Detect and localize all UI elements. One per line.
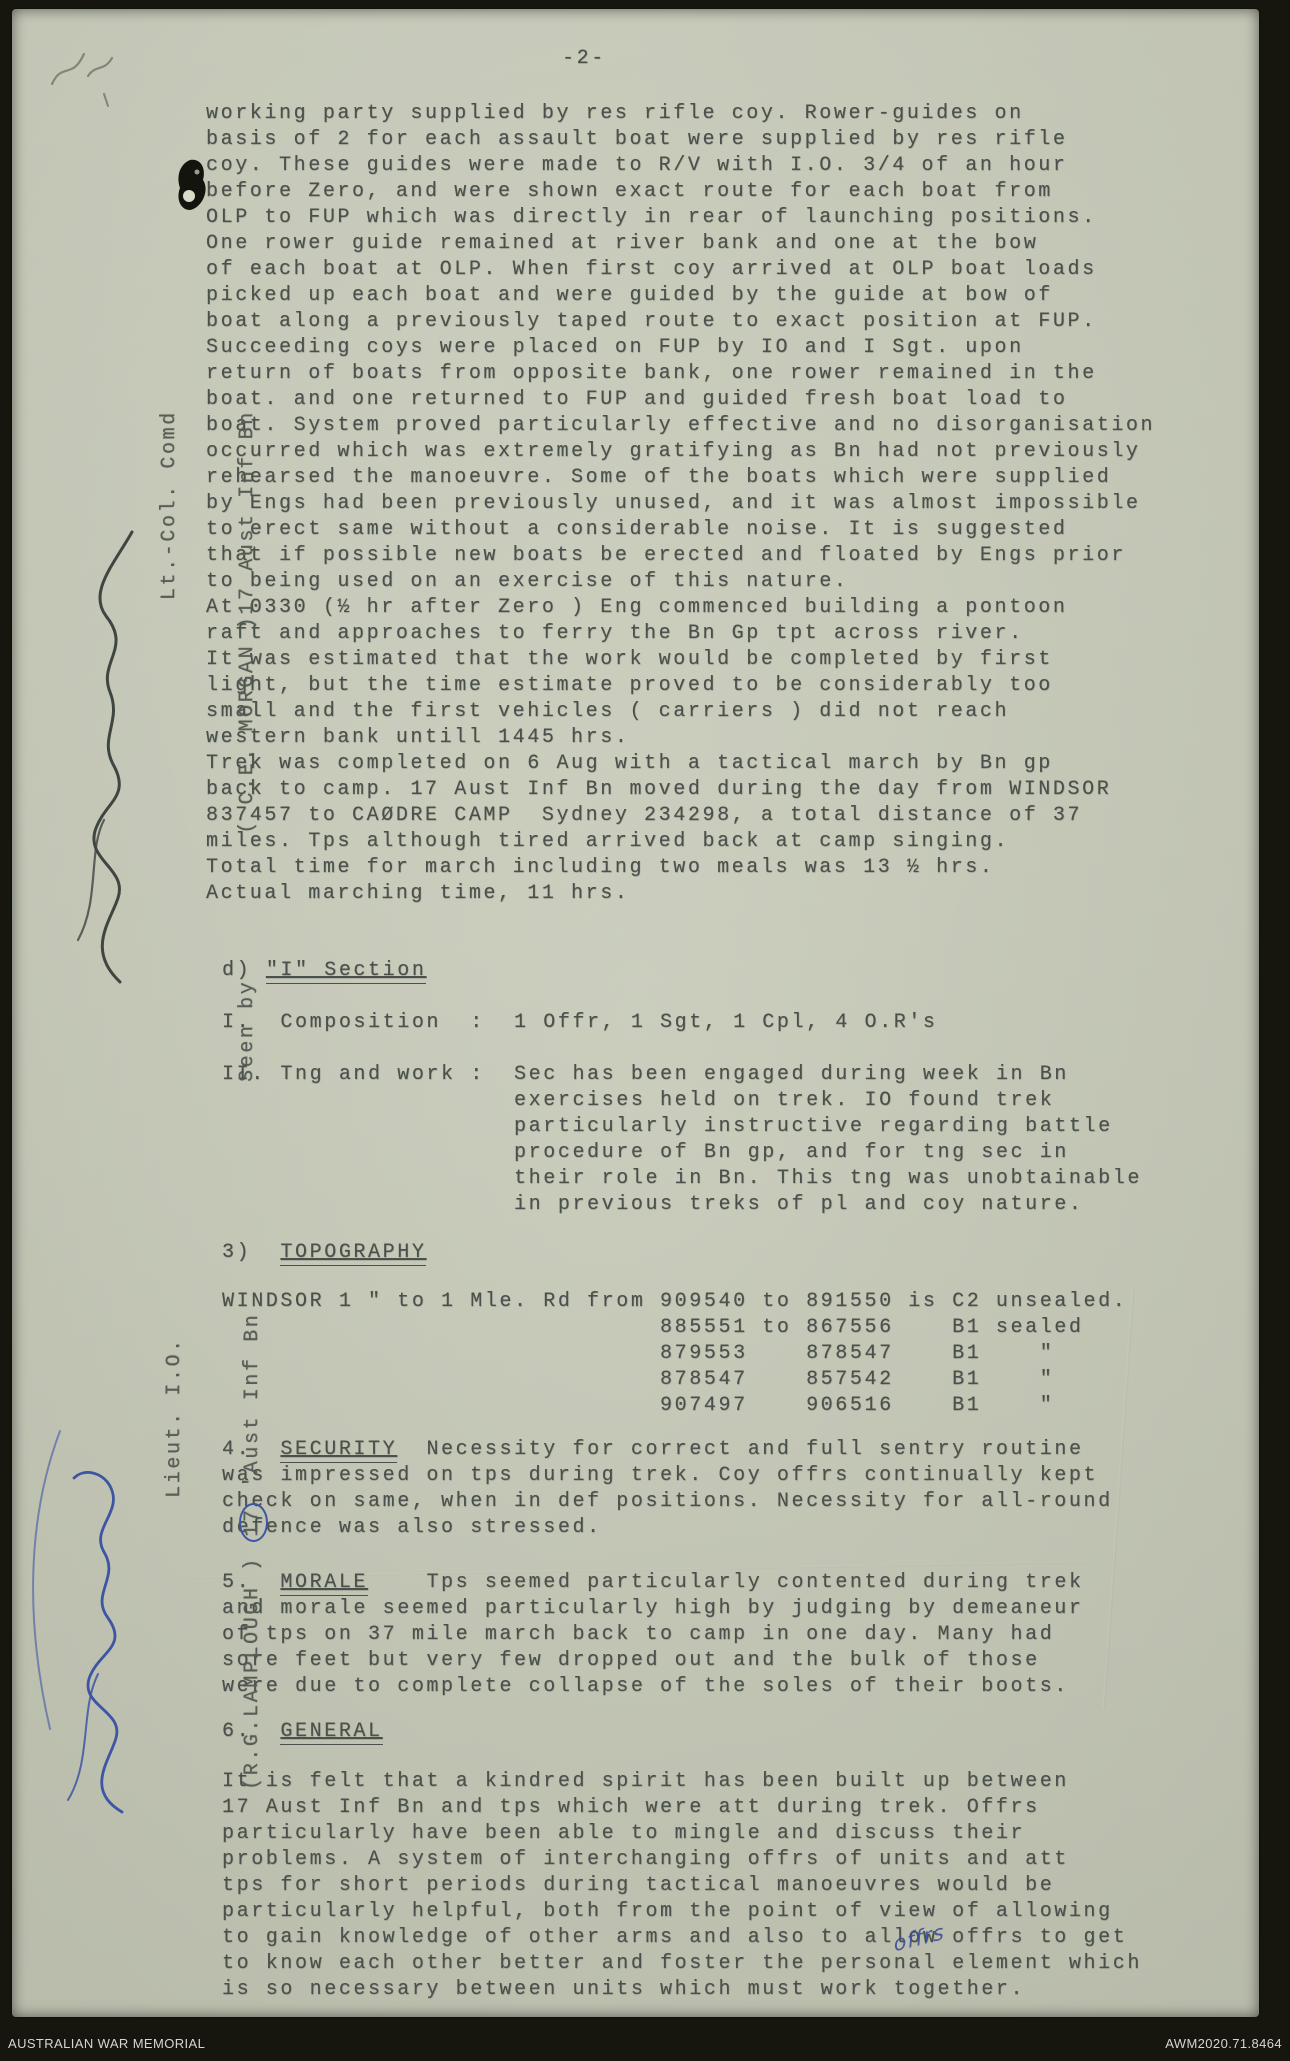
heading-title: "I" Section [266,959,427,984]
pencil-scribble [48,42,123,112]
margin-line-rank: Lieut. I.O. [162,1230,188,1790]
heading-title: GENERAL [280,1720,382,1745]
topography-table: WINDSOR 1 " to 1 Mle. Rd from 909540 to … [222,1289,1127,1419]
archive-source-label: AUSTRALIAN WAR MEMORIAL [8,2036,205,2051]
heading-title: MORALE [280,1571,368,1596]
page-number: -2- [562,46,606,72]
composition-line: I. Composition : 1 Offr, 1 Sgt, 1 Cpl, 4… [222,1010,938,1036]
ink-blot [176,158,210,216]
general-paragraph: It is felt that a kindred spirit has bee… [222,1769,1142,2003]
heading-title: TOPOGRAPHY [280,1241,426,1266]
circled-17: 17 [239,1503,268,1542]
heading-security: 4. SECURITY Necessity for correct and fu… [222,1437,1084,1463]
margin-line-name-unit: (R.G.LAMPLOUGH ) 17 'Aust Inf Bn [240,1230,266,1790]
scanned-document-view: { "doc": { "page_number": "-2-", "para1"… [0,0,1290,2061]
paragraph-main: working party supplied by res rifle coy.… [206,101,1155,907]
security-paragraph: was impressed on tps during trek. Coy of… [222,1463,1113,1541]
margin-line-rank: Lt.-Col. Comd [157,352,183,1082]
tng-and-work-block: II. Tng and work : Sec has been engaged … [222,1062,1142,1218]
heading-rest: Necessity for correct and full sentry ro… [397,1438,1083,1461]
heading-title: SECURITY [280,1438,397,1463]
margin-line-seenby-name: Seen by ( C.E. MORGAN )17 Aust Inf Bn [235,352,261,1082]
signature-morgan [48,520,138,990]
blue-pencil-arc [20,1425,72,1735]
heading-morale: 5. MORALE Tps seemed particularly conten… [222,1570,1084,1596]
archive-id-label: AWM2020.71.8464 [1165,2036,1282,2051]
morale-paragraph: and morale seemed particularly high by j… [222,1596,1084,1700]
heading-rest: Tps seemed particularly contented during… [368,1571,1084,1594]
